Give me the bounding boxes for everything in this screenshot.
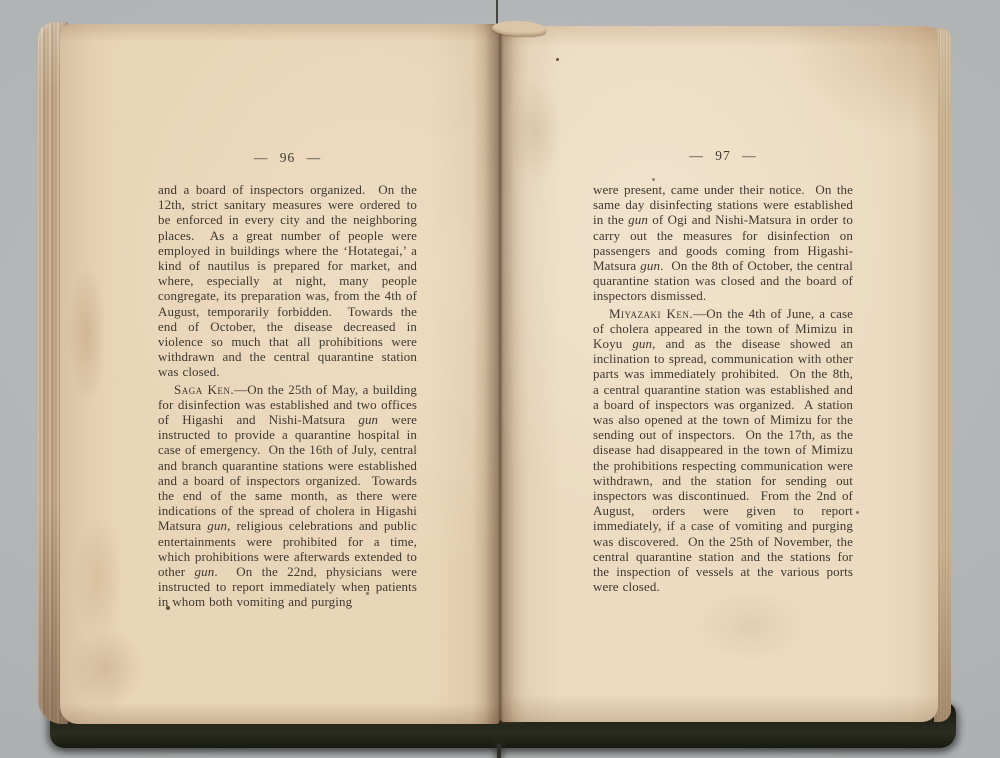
page-96: — 96 — and a board of inspectors organiz…	[60, 24, 500, 724]
paragraph: Miyazaki Ken.—On the 4th of June, a case…	[593, 306, 853, 595]
text-run: gun	[640, 258, 660, 273]
text-run: gun	[628, 212, 648, 227]
text-run: Saga Ken.	[174, 382, 234, 397]
torn-paper-edge	[492, 21, 546, 36]
text-run: gun	[632, 336, 652, 351]
text-run: gun	[207, 518, 227, 533]
page-number-header: — 97 —	[593, 148, 853, 164]
text-run: Miyazaki Ken.	[609, 306, 693, 321]
stain-blotch	[62, 239, 112, 429]
text-run: were instructed to provide a quarantine …	[158, 412, 417, 533]
stain-blotch	[56, 614, 156, 724]
foxing-speck	[556, 58, 559, 61]
stain-blotch	[66, 494, 130, 664]
text-run: , and as the disease showed an inclinati…	[593, 336, 853, 594]
foxing-speck	[856, 511, 859, 514]
foxing-speck	[652, 178, 655, 181]
page-number-header: — 96 —	[158, 150, 417, 166]
page-text-column: were present, came under their notice. O…	[593, 182, 853, 594]
page-text-column: and a board of inspectors organized. On …	[158, 182, 417, 610]
text-run: gun	[195, 564, 215, 579]
paragraph: were present, came under their notice. O…	[593, 182, 853, 304]
text-run: and a board of inspectors organized. On …	[158, 182, 417, 379]
paragraph: and a board of inspectors organized. On …	[158, 182, 417, 380]
photo-open-book: — 96 — and a board of inspectors organiz…	[0, 0, 1000, 758]
page-97: — 97 — were present, came under their no…	[500, 26, 938, 722]
book-stand-line-bottom	[497, 744, 501, 758]
stain-blotch	[500, 61, 570, 201]
paragraph: Saga Ken.—On the 25th of May, a building…	[158, 382, 417, 610]
text-run: gun	[358, 412, 378, 427]
